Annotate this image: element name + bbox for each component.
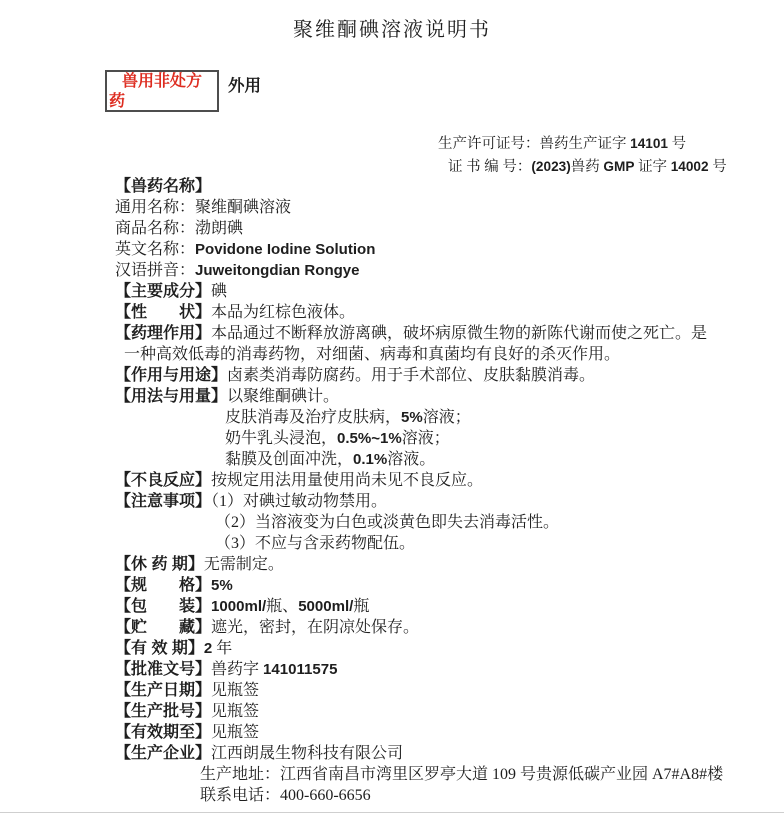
text-segment: 0.5%~1% (337, 430, 402, 447)
text-segment: （1）对碘过敏动物禁用。 (211, 493, 387, 510)
text-segment: （3）不应与含汞药物配伍。 (215, 535, 415, 552)
text-segment: 碘 (211, 283, 227, 300)
text-segment: 瓶、 (266, 598, 298, 615)
text-segment: 溶液。 (387, 451, 435, 468)
text-segment: 证字 (634, 159, 670, 175)
otc-badge-line1: 兽用非处方 (109, 72, 215, 92)
doc-line: 【作用与用途】卤素类消毒防腐药。用于手术部位、皮肤黏膜消毒。 (115, 365, 755, 386)
text-segment: 14002 (671, 159, 709, 174)
text-segment: 见瓶签 (211, 724, 259, 741)
section-heading: 【药理作用】 (115, 325, 211, 342)
text-segment: 皮肤消毒及治疗皮肤病， (225, 409, 401, 426)
text-segment: 0.1% (353, 451, 387, 468)
text-segment: 本品通过不断释放游离碘，破坏病原微生物的新陈代谢而使之死亡。是 (211, 325, 707, 342)
doc-line: 【主要成分】碘 (115, 281, 755, 302)
text-segment: 通用名称：聚维酮碘溶液 (115, 199, 291, 216)
text-segment: 英文名称： (115, 241, 195, 258)
section-heading: 【有 效 期】 (115, 640, 204, 657)
text-segment: Juweitongdian Rongye (195, 262, 360, 279)
text-segment: 见瓶签 (211, 703, 259, 720)
section-heading: 【贮 藏】 (115, 619, 211, 636)
doc-line: 【规 格】5% (115, 575, 755, 596)
text-segment: 一种高效低毒的消毒药物，对细菌、病毒和真菌均有良好的杀灭作用。 (124, 346, 620, 363)
text-segment: 生产许可证号：兽药生产证字 (438, 136, 630, 152)
section-heading: 【生产企业】 (115, 745, 211, 762)
section-heading: 【用法与用量】 (115, 388, 227, 405)
text-segment: 汉语拼音： (115, 262, 195, 279)
document-title: 聚维酮碘溶液说明书 (0, 13, 784, 42)
text-segment: 联系电话：400-660-6656 (200, 787, 371, 804)
usage-type-label: 外用 (228, 72, 261, 96)
text-segment: 商品名称：渤朗碘 (115, 220, 243, 237)
doc-line: 黏膜及创面冲洗，0.1%溶液。 (115, 449, 755, 470)
text-segment: GMP (603, 159, 634, 174)
doc-line: 【注意事项】（1）对碘过敏动物禁用。 (115, 491, 755, 512)
section-heading: 【包 装】 (115, 598, 211, 615)
text-segment: 号 (709, 159, 727, 175)
text-segment: 1000ml/ (211, 598, 266, 615)
doc-line: 【药理作用】本品通过不断释放游离碘，破坏病原微生物的新陈代谢而使之死亡。是 (115, 323, 755, 344)
text-segment: 号 (668, 136, 686, 152)
section-heading: 【性 状】 (115, 304, 211, 321)
doc-line: 【批准文号】兽药字 141011575 (115, 659, 755, 680)
doc-line: 一种高效低毒的消毒药物，对细菌、病毒和真菌均有良好的杀灭作用。 (115, 344, 755, 365)
otc-badge-line2: 药 (109, 92, 215, 112)
text-segment: 无需制定。 (204, 556, 284, 573)
doc-line: 证 书 编 号：(2023)兽药 GMP 证字 14002 号 (438, 155, 727, 178)
text-segment: 5% (401, 409, 423, 426)
text-segment: 证 书 编 号： (448, 159, 531, 175)
section-heading: 【兽药名称】 (115, 178, 211, 195)
text-segment: 兽药字 (211, 661, 263, 678)
doc-line: 【生产日期】见瓶签 (115, 680, 755, 701)
text-segment: 5000ml/ (298, 598, 353, 615)
text-segment: (2023) (531, 159, 570, 174)
doc-line: （2）当溶液变为白色或淡黄色即失去消毒活性。 (115, 512, 755, 533)
bottom-divider (0, 812, 784, 813)
doc-line: 汉语拼音：Juweitongdian Rongye (115, 260, 755, 281)
text-segment: 14101 (630, 136, 668, 151)
text-segment: 奶牛乳头浸泡， (225, 430, 337, 447)
text-segment: 遮光，密封，在阴凉处保存。 (211, 619, 419, 636)
text-segment: 瓶 (353, 598, 369, 615)
text-segment: 5% (211, 577, 233, 594)
doc-line: 奶牛乳头浸泡，0.5%~1%溶液； (115, 428, 755, 449)
text-segment: 江西朗晟生物科技有限公司 (211, 745, 403, 762)
doc-line: 【有 效 期】2 年 (115, 638, 755, 659)
text-segment: 年 (212, 640, 232, 657)
text-segment: （2）当溶液变为白色或淡黄色即失去消毒活性。 (215, 514, 559, 531)
doc-line: 【包 装】1000ml/瓶、5000ml/瓶 (115, 596, 755, 617)
text-segment: 以聚维酮碘计。 (227, 388, 339, 405)
document-page: 聚维酮碘溶液说明书 兽用非处方 药 外用 生产许可证号：兽药生产证字 14101… (0, 0, 784, 840)
doc-line: 【不良反应】按规定用法用量使用尚未见不良反应。 (115, 470, 755, 491)
text-segment: 溶液； (402, 430, 450, 447)
text-segment: 兽药 (571, 159, 604, 175)
doc-line: 英文名称：Povidone Iodine Solution (115, 239, 755, 260)
doc-line: 联系电话：400-660-6656 (115, 785, 755, 806)
doc-line: 皮肤消毒及治疗皮肤病，5%溶液； (115, 407, 755, 428)
doc-line: 【性 状】本品为红棕色液体。 (115, 302, 755, 323)
section-heading: 【作用与用途】 (115, 367, 227, 384)
doc-line: 【兽药名称】 (115, 176, 755, 197)
document-body: 【兽药名称】通用名称：聚维酮碘溶液商品名称：渤朗碘英文名称：Povidone I… (115, 176, 755, 806)
text-segment: 见瓶签 (211, 682, 259, 699)
section-heading: 【生产日期】 (115, 682, 211, 699)
otc-badge: 兽用非处方 药 (105, 70, 219, 112)
doc-line: 【有效期至】见瓶签 (115, 722, 755, 743)
text-segment: 黏膜及创面冲洗， (225, 451, 353, 468)
doc-line: 生产地址：江西省南昌市湾里区罗亭大道 109 号贵源低碳产业园 A7#A8#楼 (115, 764, 755, 785)
section-heading: 【主要成分】 (115, 283, 211, 300)
text-segment: Povidone Iodine Solution (195, 241, 375, 258)
text-segment: 卤素类消毒防腐药。用于手术部位、皮肤黏膜消毒。 (227, 367, 595, 384)
doc-line: 【用法与用量】以聚维酮碘计。 (115, 386, 755, 407)
section-heading: 【不良反应】 (115, 472, 211, 489)
text-segment: 生产地址：江西省南昌市湾里区罗亭大道 109 号贵源低碳产业园 A7#A8#楼 (200, 766, 723, 783)
section-heading: 【生产批号】 (115, 703, 211, 720)
doc-line: 【生产企业】江西朗晟生物科技有限公司 (115, 743, 755, 764)
text-segment: 按规定用法用量使用尚未见不良反应。 (211, 472, 483, 489)
text-segment: 本品为红棕色液体。 (211, 304, 355, 321)
text-segment: 溶液； (423, 409, 471, 426)
doc-line: 【贮 藏】遮光，密封，在阴凉处保存。 (115, 617, 755, 638)
doc-line: （3）不应与含汞药物配伍。 (115, 533, 755, 554)
license-info: 生产许可证号：兽药生产证字 14101 号证 书 编 号：(2023)兽药 GM… (438, 132, 727, 178)
doc-line: 【生产批号】见瓶签 (115, 701, 755, 722)
doc-line: 通用名称：聚维酮碘溶液 (115, 197, 755, 218)
doc-line: 商品名称：渤朗碘 (115, 218, 755, 239)
doc-line: 【休 药 期】无需制定。 (115, 554, 755, 575)
section-heading: 【休 药 期】 (115, 556, 204, 573)
section-heading: 【批准文号】 (115, 661, 211, 678)
section-heading: 【注意事项】 (115, 493, 211, 510)
doc-line: 生产许可证号：兽药生产证字 14101 号 (438, 132, 727, 155)
text-segment: 141011575 (263, 661, 337, 678)
section-heading: 【有效期至】 (115, 724, 211, 741)
section-heading: 【规 格】 (115, 577, 211, 594)
